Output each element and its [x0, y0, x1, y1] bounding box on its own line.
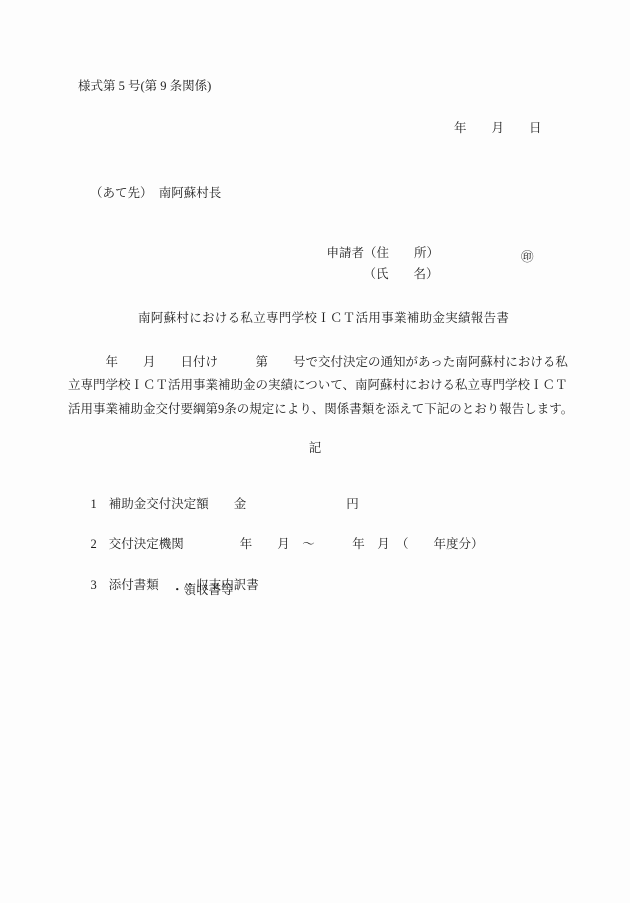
name-label: （氏 名） [364, 267, 439, 281]
item-label: 交付決定機関 [109, 537, 184, 551]
body-paragraph-line: 年 月 日付け 第 号で交付決定の通知があった南阿蘇村における私 [68, 355, 568, 370]
seal-mark-icon: ㊞ [521, 250, 534, 265]
item-row-decision-period: 2交付決定機関年 月 ～ 年 月 （ 年度分） [78, 522, 484, 567]
section-marker: 記 [0, 441, 630, 456]
attachment-item: ・領収書等 [171, 583, 234, 598]
item-row-grant-amount: 1補助金交付決定額金 円 [78, 482, 359, 527]
document-page: 様式第 5 号(第 9 条関係) 年 月 日 （あて先） 南阿蘇村長 申請者（住… [0, 0, 630, 903]
form-number: 様式第 5 号(第 9 条関係) [78, 79, 211, 94]
item-number: 1 [91, 497, 97, 511]
item-value-amount-blank: 金 円 [234, 497, 359, 511]
item-label: 補助金交付決定額 [109, 497, 209, 511]
addressee: （あて先） 南阿蘇村長 [90, 186, 221, 201]
date-line: 年 月 日 [454, 121, 542, 136]
body-paragraph-line: 活用事業補助金交付要綱第9条の規定により、関係書類を添えて下記のとおり報告します… [68, 402, 573, 417]
body-paragraph-line: 立専門学校ＩＣＴ活用事業補助金の実績について、南阿蘇村における私立専門学校ＩＣＴ [68, 378, 568, 393]
document-title: 南阿蘇村における私立専門学校ＩＣＴ活用事業補助金実績報告書 [138, 311, 509, 326]
item-number: 2 [91, 537, 97, 551]
item-label: 添付書類 [109, 578, 159, 592]
item-value-period-blank: 年 月 ～ 年 月 （ 年度分） [240, 537, 484, 551]
item-number: 3 [91, 578, 97, 592]
applicant-name-row: （氏 名） [351, 252, 439, 297]
